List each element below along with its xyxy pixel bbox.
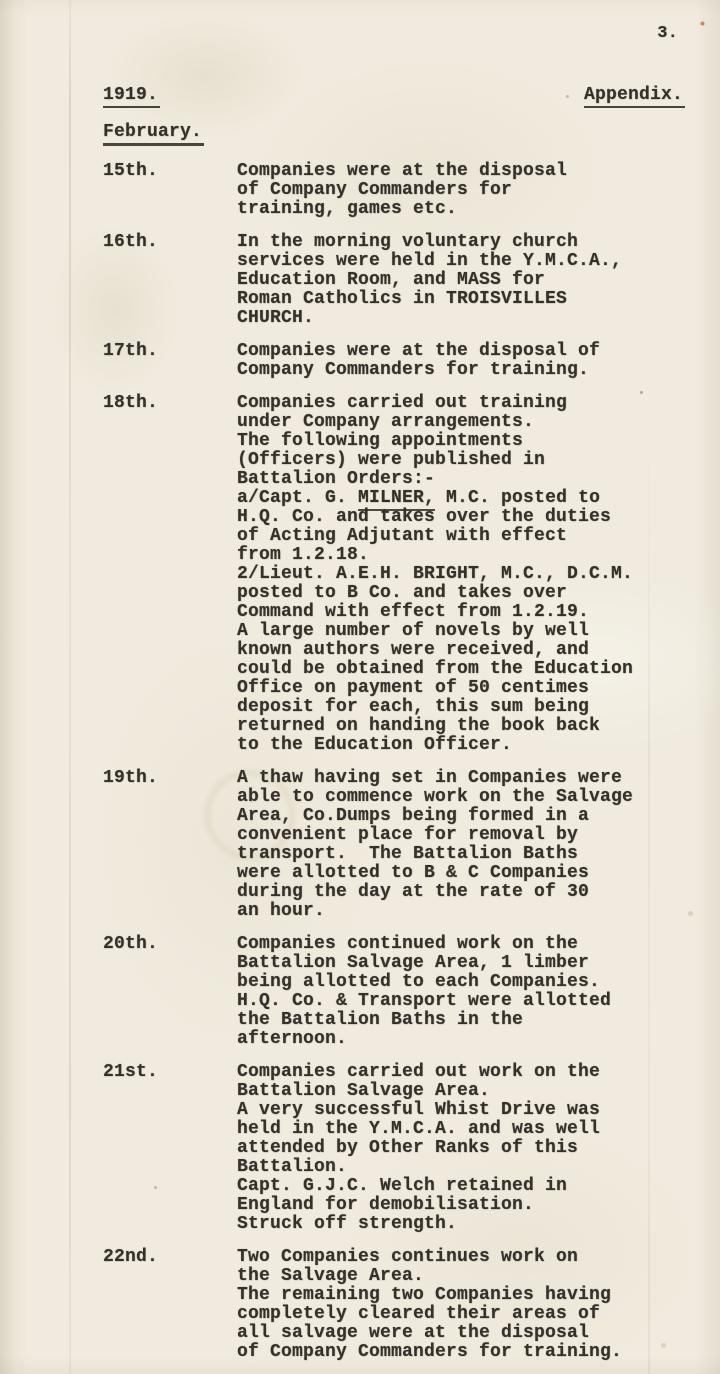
entry-date: 19th. [103, 769, 237, 921]
entry-date: 21st. [103, 1063, 237, 1234]
entry-text: Companies carried out work on the Battal… [237, 1063, 685, 1234]
diary-entry-21st: 21st. Companies carried out work on the … [103, 1063, 685, 1234]
entry-text: Companies continued work on the Battalio… [237, 935, 685, 1049]
entry-date: 20th. [103, 935, 237, 1049]
page-content: 1919. Appendix. February. 15th. Companie… [103, 86, 685, 1374]
entry-text: In the morning voluntary church services… [237, 233, 685, 328]
entry-date: 15th. [103, 162, 237, 219]
entry-text: Two Companies continues work on the Salv… [237, 1248, 685, 1362]
diary-entry-16th: 16th. In the morning voluntary church se… [103, 233, 685, 328]
entry-date: 18th. [103, 394, 237, 755]
diary-entry-15th: 15th. Companies were at the disposal of … [103, 162, 685, 219]
diary-entries: 15th. Companies were at the disposal of … [103, 162, 685, 1362]
paper-specks [0, 0, 3, 3]
entry-text: Companies were at the disposal of Compan… [237, 342, 685, 380]
paper-crease-left [69, 0, 71, 1374]
diary-entry-22nd: 22nd. Two Companies continues work on th… [103, 1248, 685, 1362]
year-heading: 1919. [103, 86, 160, 108]
diary-entry-17th: 17th. Companies were at the disposal of … [103, 342, 685, 380]
entry-date: 22nd. [103, 1248, 237, 1362]
page-number: 3. [657, 24, 678, 43]
diary-entry-18th: 18th. Companies carried out training und… [103, 394, 685, 755]
entry-date: 17th. [103, 342, 237, 380]
entry-text: Companies were at the disposal of Compan… [237, 162, 685, 219]
scanned-diary-page: 3. 1919. Appendix. February. 15th. Compa… [0, 0, 720, 1374]
entry-text: A thaw having set in Companies were able… [237, 769, 685, 921]
entry-text-segment: M.C. posted to H.Q. Co. and takes over t… [237, 488, 633, 755]
diary-entry-19th: 19th. A thaw having set in Companies wer… [103, 769, 685, 921]
header-row: 1919. Appendix. [103, 86, 685, 107]
month-heading-label: February. [103, 123, 204, 146]
month-heading: February. [103, 123, 685, 144]
appendix-heading: Appendix. [584, 86, 685, 108]
entry-text: Companies carried out training under Com… [237, 394, 685, 755]
entry-date: 16th. [103, 233, 237, 328]
diary-entry-20th: 20th. Companies continued work on the Ba… [103, 935, 685, 1049]
